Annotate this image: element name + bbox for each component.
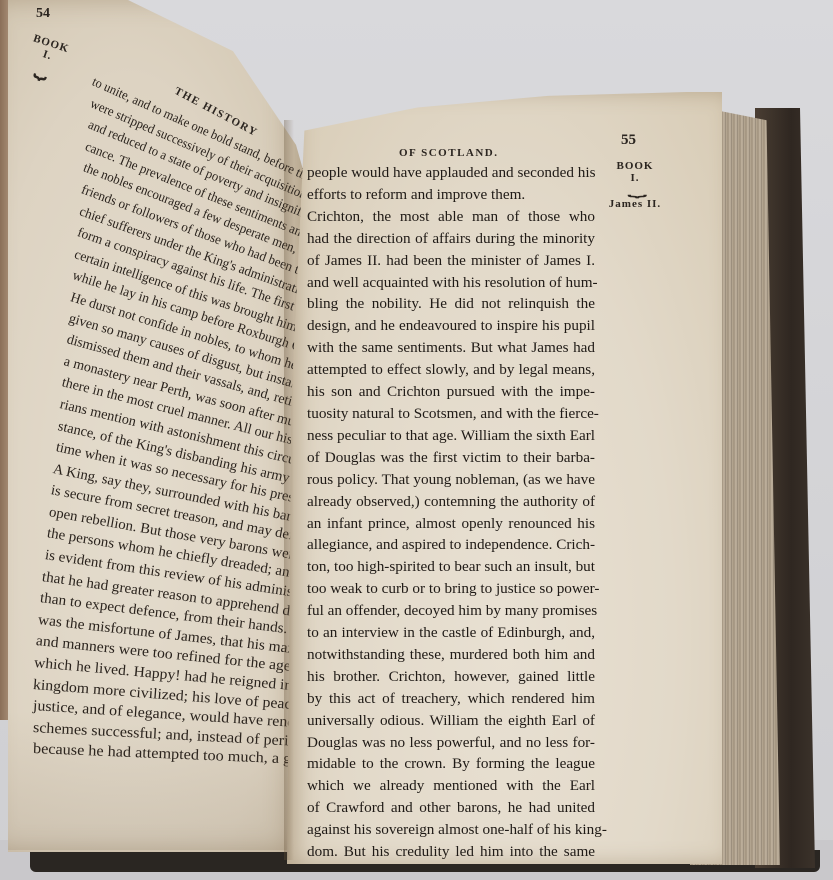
text-line: his brother. Crichton, however, gained l… xyxy=(307,666,595,688)
text-line: of James II. had been the minister of Ja… xyxy=(307,250,595,272)
text-line: bling the nobility. He did not relinquis… xyxy=(307,293,595,315)
text-line: ton, too high-spirited to bear such an i… xyxy=(307,556,595,578)
text-line: already observed,) contemning the author… xyxy=(307,491,595,513)
running-head-right: OF SCOTLAND. xyxy=(399,147,499,159)
side-note-right: BOOK I. ⏟ James II. xyxy=(595,160,675,210)
page-number-right: 55 xyxy=(621,132,636,149)
right-page: 55 OF SCOTLAND. BOOK I. ⏟ James II. peop… xyxy=(287,92,722,864)
side-note-book: BOOK xyxy=(616,160,653,172)
text-line: of Crawford and other barons, he had uni… xyxy=(307,797,595,819)
text-line: had the direction of affairs during the … xyxy=(307,228,595,250)
text-line: an infant prince, almost openly renounce… xyxy=(307,513,595,535)
text-line: and well acquainted with his resolution … xyxy=(307,272,595,294)
left-page: 54 BOOK I. ⏟ THE HISTORY to unite, and t… xyxy=(8,0,308,852)
text-line: efforts to reform and improve them. xyxy=(307,184,595,206)
text-line: dom. But his credulity led him into the … xyxy=(307,841,595,863)
text-line: universally odious. William the eighth E… xyxy=(307,710,595,732)
text-line: design, and he endeavoured to inspire hi… xyxy=(307,315,595,337)
text-line: by this act of treachery, which rendered… xyxy=(307,688,595,710)
text-line: of Douglas was the first victim to their… xyxy=(307,447,595,469)
left-page-text-block: to unite, and to make one bold stand, be… xyxy=(33,70,303,761)
text-line: with the same sentiments. But what James… xyxy=(307,337,595,359)
text-line: allegiance, and aspired to independence.… xyxy=(307,534,595,556)
text-line: Crichton, the most able man of those who xyxy=(307,206,595,228)
text-line: his son and Crichton pursued with the im… xyxy=(307,381,595,403)
text-line: people would have applauded and seconded… xyxy=(307,162,595,184)
left-page-text: to unite, and to make one bold stand, be… xyxy=(33,70,303,761)
text-line: to an interview in the castle of Edinbur… xyxy=(307,622,595,644)
text-line: rous policy. That young nobleman, (as we… xyxy=(307,469,595,491)
text-line: ness peculiar to that age. William the s… xyxy=(307,425,595,447)
side-note-subject: James II. xyxy=(609,198,661,210)
text-line: Douglas was no less powerful, and no les… xyxy=(307,732,595,754)
page-shadow xyxy=(8,710,308,850)
text-line: ful an offender, decoyed him by many pro… xyxy=(307,600,595,622)
text-line: tuosity natural to Scotsmen, and with th… xyxy=(307,403,595,425)
text-line: which we already mentioned with the Earl xyxy=(307,775,595,797)
text-line: against his sovereign almost one-half of… xyxy=(307,819,595,841)
book-gutter xyxy=(284,120,294,860)
text-line: too weak to curb or to bring to justice … xyxy=(307,578,595,600)
right-page-text: people would have applauded and seconded… xyxy=(307,162,595,880)
text-line: attempted to effect slowly, and by legal… xyxy=(307,359,595,381)
page-number-left: 54 xyxy=(36,6,50,22)
text-line: midable to the crown. By forming the lea… xyxy=(307,753,595,775)
photo-scene: 54 BOOK I. ⏟ THE HISTORY to unite, and t… xyxy=(0,0,833,880)
text-line: notwithstanding these, murdered both him… xyxy=(307,644,595,666)
